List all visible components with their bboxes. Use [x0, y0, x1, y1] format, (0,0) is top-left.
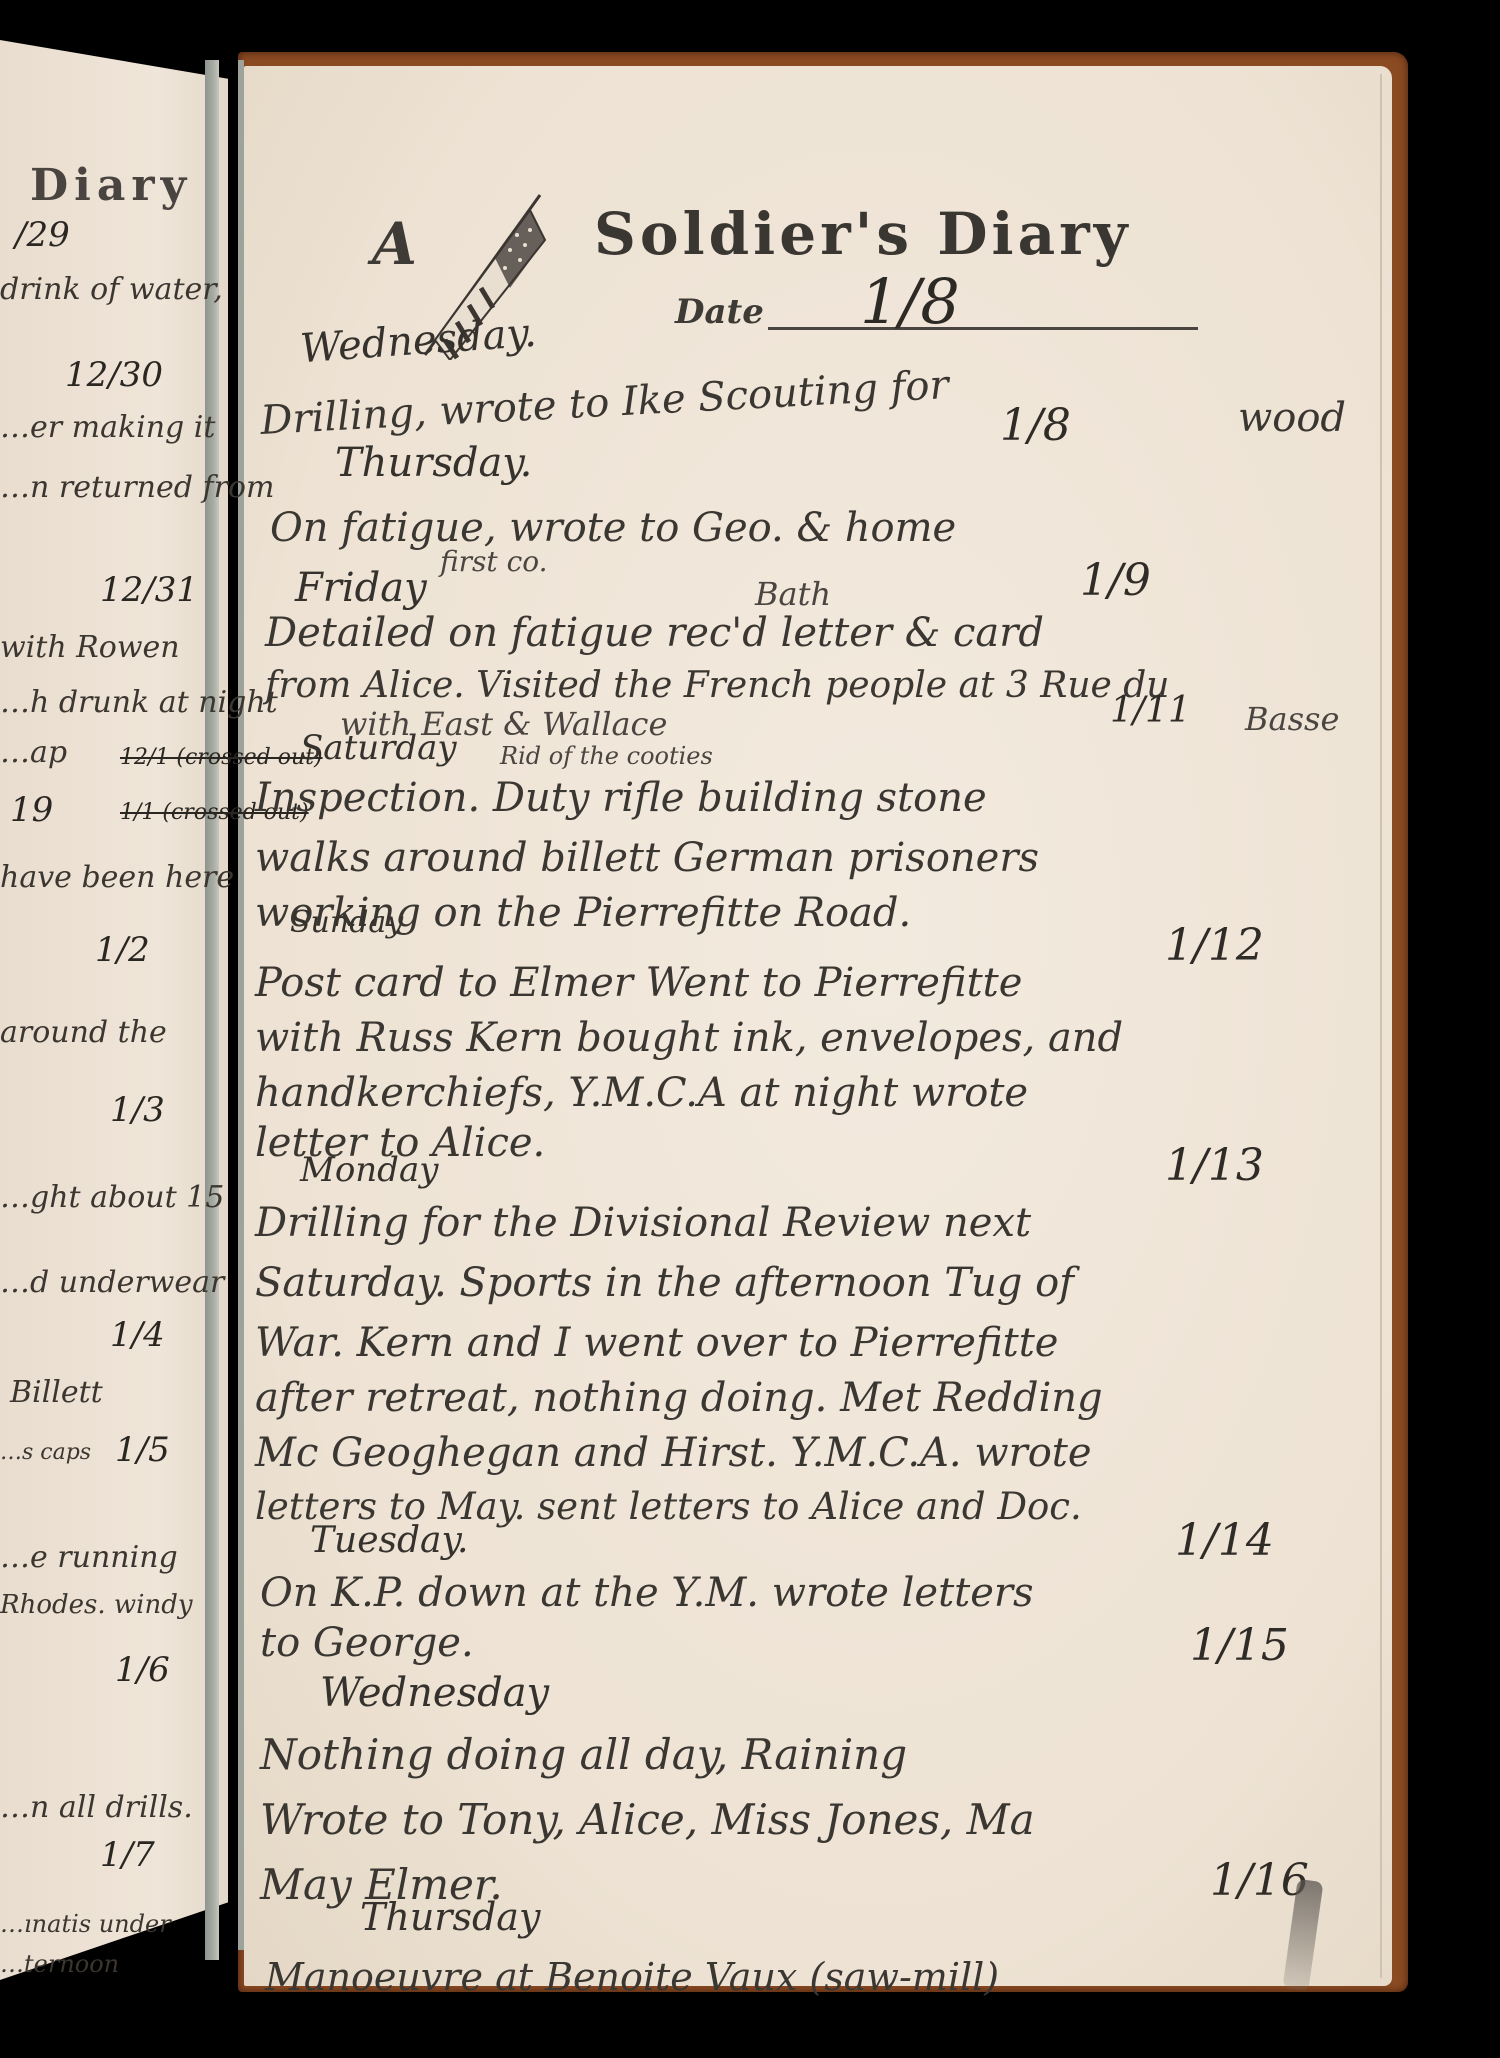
left-page-line: …er making it	[0, 410, 215, 445]
left-page-line: …h drunk at night	[0, 685, 278, 720]
entry-line: to George.	[260, 1620, 474, 1666]
entry-line: wood	[1238, 395, 1346, 441]
entry-line: Mc Geoghegan and Hirst. Y.M.C.A. wrote	[255, 1430, 1092, 1476]
entry-day: Thursday.	[335, 440, 532, 486]
entry-line: Basse	[1245, 700, 1339, 738]
entry-line: Nothing doing all day, Raining	[260, 1730, 907, 1779]
entry-day: Thursday	[360, 1895, 540, 1939]
left-page-line: 12/31	[100, 570, 198, 610]
date-label: Date	[675, 292, 764, 332]
diary-title: Soldier's Diary	[594, 200, 1131, 268]
left-page-line: 1/4	[110, 1315, 165, 1355]
left-page-line: 19	[10, 790, 53, 830]
left-page-line: 1/3	[110, 1090, 165, 1130]
entry-date: 1/11	[1110, 690, 1191, 731]
left-page-line: …ght about 15	[0, 1180, 224, 1215]
entry-line: Manoeuvre at Benoite Vaux (saw-mill)	[265, 1955, 999, 1999]
entry-line: War. Kern and I went over to Pierrefitte	[255, 1320, 1058, 1366]
left-page-line: /29	[15, 215, 70, 255]
entry-line: On fatigue, wrote to Geo. & home	[270, 505, 956, 551]
left-page-line: 12/30	[65, 355, 163, 395]
entry-line: from Alice. Visited the French people at…	[265, 665, 1169, 706]
left-page-line: 1/6	[115, 1650, 170, 1690]
left-page-header: Diary	[30, 160, 192, 211]
entry-day: Sunday	[290, 905, 403, 940]
entry-line: On K.P. down at the Y.M. wrote letters	[260, 1570, 1034, 1616]
entry-annotation: Rid of the cooties	[500, 742, 713, 770]
left-page-line: with Rowen	[0, 630, 180, 665]
left-page-line: …n all drills.	[0, 1790, 193, 1825]
entry-annotation: Bath	[755, 575, 831, 613]
entry-day: Wednesday	[320, 1670, 549, 1716]
date-rule	[768, 327, 1198, 330]
left-page-line: …e running	[0, 1540, 178, 1575]
entry-annotation: first co.	[440, 545, 548, 578]
left-page-line: around the	[0, 1015, 167, 1050]
left-page-line: 1/7	[100, 1835, 155, 1875]
entry-line: Wrote to Tony, Alice, Miss Jones, Ma	[260, 1795, 1035, 1844]
page-gutter	[205, 60, 219, 1960]
entry-line: Inspection. Duty rifle building stone	[255, 775, 987, 821]
entry-line: with Russ Kern bought ink, envelopes, an…	[255, 1015, 1123, 1061]
left-page-line-struck: 12/1 (crossed out)	[120, 745, 323, 770]
entry-line: handkerchiefs, Y.M.C.A at night wrote	[255, 1070, 1028, 1116]
entry-date: 1/14	[1175, 1515, 1274, 1566]
page-edge	[1380, 74, 1382, 1978]
entry-date: 1/13	[1165, 1140, 1264, 1191]
left-page-line: …ınatis under	[0, 1910, 171, 1938]
left-page-line: Rhodes. windy	[0, 1590, 193, 1620]
left-page-line: drink of water,	[0, 272, 223, 307]
entry-line: Post card to Elmer Went to Pierrefitte	[255, 960, 1022, 1006]
left-page-line: 1/5	[115, 1430, 170, 1470]
left-page-line: 1/2	[95, 930, 150, 970]
entry-day: Friday	[295, 565, 427, 611]
left-facing-page	[0, 40, 228, 1980]
entry-line: Drilling for the Divisional Review next	[255, 1200, 1031, 1246]
entry-day: Saturday	[300, 728, 457, 768]
entry-line: walks around billett German prisoners	[255, 835, 1039, 881]
entry-line: Saturday. Sports in the afternoon Tug of	[255, 1260, 1074, 1306]
entry-date: 1/8	[1000, 400, 1071, 451]
entry-day: Monday	[300, 1150, 438, 1190]
entry-date: 1/9	[1080, 555, 1151, 606]
left-page-line: …s caps	[0, 1440, 91, 1465]
entry-date: 1/15	[1190, 1620, 1289, 1671]
entry-day: Tuesday.	[310, 1520, 468, 1561]
entry-date: 1/12	[1165, 920, 1264, 971]
left-page-line: have been here	[0, 860, 234, 895]
entry-line: after retreat, nothing doing. Met Reddin…	[255, 1375, 1103, 1421]
left-page-line: Billett	[10, 1375, 103, 1410]
left-page-line: …n returned from	[0, 470, 274, 505]
left-page-line: …ap	[0, 735, 67, 770]
left-page-line: …ternoon	[0, 1950, 119, 1978]
entry-line: Detailed on fatigue rec'd letter & card	[265, 610, 1044, 656]
left-page-line: …d underwear	[0, 1265, 224, 1300]
header-date: 1/8	[860, 265, 960, 338]
